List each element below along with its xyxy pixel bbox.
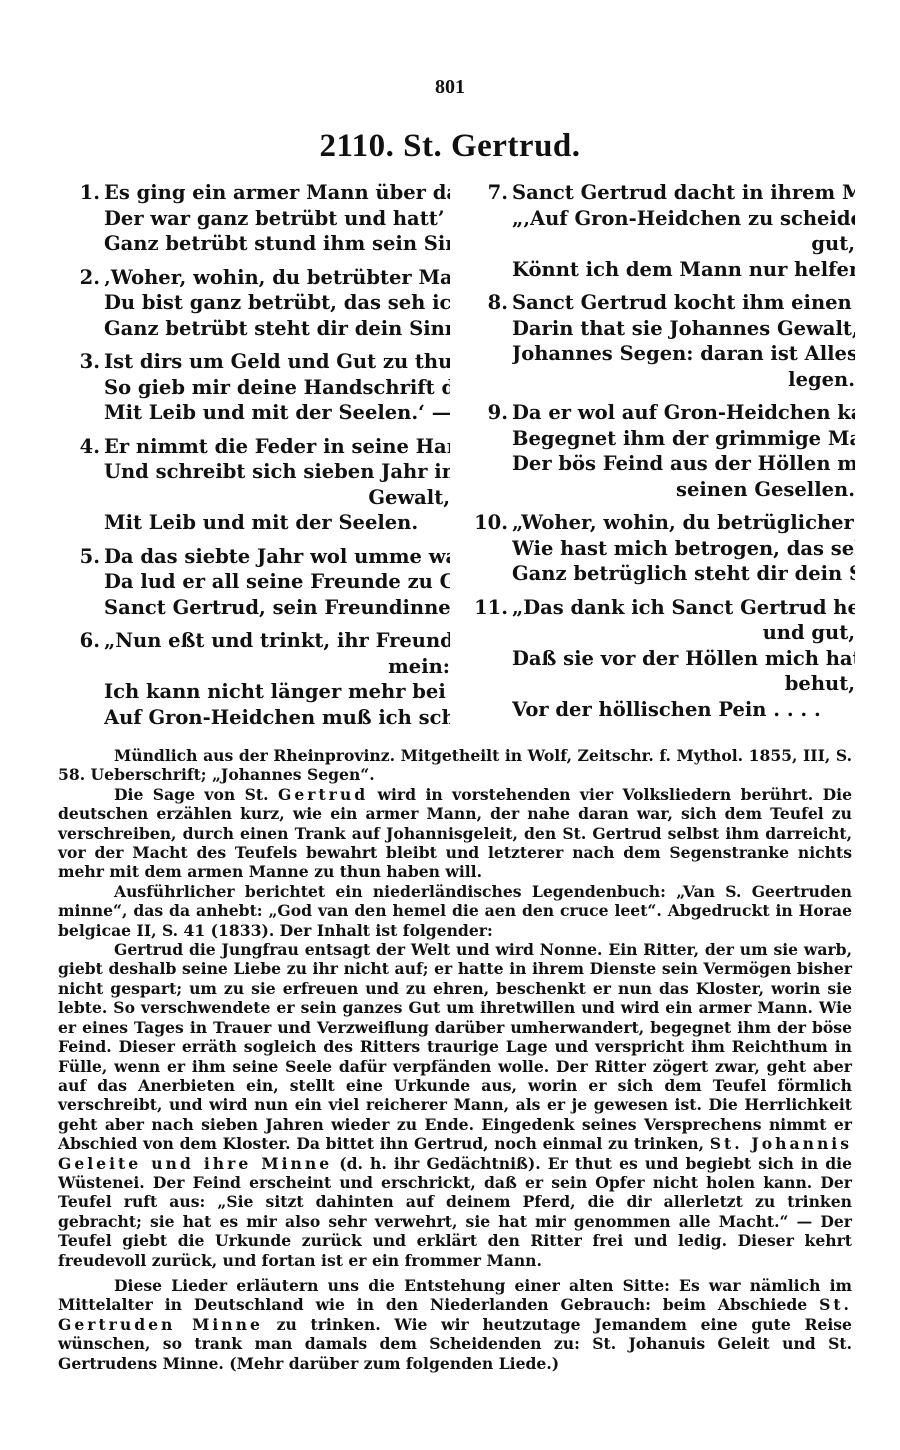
verse-line: Auf Gron-Heidchen muß ich scheiden.“ xyxy=(70,705,450,731)
verse-line: 10.„Woher, wohin, du betrüglicher Mann? xyxy=(470,510,855,536)
verse-text: „‚Auf Gron-Heidchen zu scheiden ist nich… xyxy=(512,206,855,232)
verse-line: Daß sie vor der Höllen mich hat xyxy=(470,646,855,672)
verse-line: Ganz betrübt steht dir dein Sinne. xyxy=(70,316,450,342)
verse-line: behut, xyxy=(470,671,855,697)
verse-line: 9.Da er wol auf Gron-Heidchen kam, xyxy=(470,400,855,426)
commentary-source-paragraph: Mündlich aus der Rheinprovinz. Mitgethei… xyxy=(58,746,852,785)
verse-line: legen. xyxy=(470,367,855,393)
commentary: Mündlich aus der Rheinprovinz. Mitgethei… xyxy=(58,746,852,1373)
verse-text: Der bös Feind aus der Höllen mit xyxy=(512,451,855,477)
stanza: 5.Da das siebte Jahr wol umme war,Da lud… xyxy=(70,544,450,621)
verse-line: Gewalt, xyxy=(70,485,450,511)
verse-line: Ich kann nicht länger mehr bei euch sein… xyxy=(70,679,450,705)
commentary-paragraph: Ausführlicher berichtet ein niederländis… xyxy=(58,882,852,940)
verse-line: Mit Leib und mit der Seelen.‘ — xyxy=(70,400,450,426)
verse-line: Der bös Feind aus der Höllen mit xyxy=(470,451,855,477)
stanza: 9.Da er wol auf Gron-Heidchen kam,Begegn… xyxy=(470,400,855,502)
stanza-number: 3. xyxy=(70,349,104,375)
text-span: Gertrud die Jungfrau entsagt der Welt un… xyxy=(58,940,852,1153)
verse-line: Darin that sie Johannes Gewalt, xyxy=(470,316,855,342)
verse-line: 1.Es ging ein armer Mann über das Feld: xyxy=(70,180,450,206)
stanza: 7.Sanct Gertrud dacht in ihrem Muth:„‚Au… xyxy=(470,180,855,282)
verse-text: Da lud er all seine Freunde zu Gast, xyxy=(104,569,450,595)
verse-text: Auf Gron-Heidchen muß ich scheiden.“ xyxy=(104,705,450,731)
stanza: 2.‚Woher, wohin, du betrübter Mann?Du bi… xyxy=(70,265,450,342)
verse-line: 2.‚Woher, wohin, du betrübter Mann? xyxy=(70,265,450,291)
commentary-paragraph: Die Sage von St. Gertrud wird in vorsteh… xyxy=(58,785,852,882)
verse-text: Da das siebte Jahr wol umme war, xyxy=(104,544,450,570)
verse-line: gut, xyxy=(470,231,855,257)
verse-line: Vor der höllischen Pein . . . . xyxy=(470,697,855,723)
verse-text: Ich kann nicht länger mehr bei euch sein… xyxy=(104,679,450,705)
verse-line: Der war ganz betrübt und hatt’ kein Geld… xyxy=(70,206,450,232)
verse-text: Ganz betrüglich steht dir dein Sinne.‘ xyxy=(512,561,855,587)
verse-line: Ganz betrübt stund ihm sein Sinne. xyxy=(70,231,450,257)
verse-text: Da er wol auf Gron-Heidchen kam, xyxy=(512,400,855,426)
verse-line: mein: xyxy=(70,654,450,680)
verse-line: und gut, xyxy=(470,620,855,646)
verse-text: Wie hast mich betrogen, das seh ich dir … xyxy=(512,536,855,562)
verse-text: Darin that sie Johannes Gewalt, xyxy=(512,316,855,342)
verse-text: mein: xyxy=(104,654,450,680)
verse-text: Sanct Gertrud dacht in ihrem Muth: xyxy=(512,180,855,206)
verse-line: Wie hast mich betrogen, das seh ich dir … xyxy=(470,536,855,562)
verse-line: seinen Gesellen. xyxy=(470,477,855,503)
text-span: Diese Lieder erläutern uns die Entstehun… xyxy=(58,1276,852,1314)
verse-line: Begegnet ihm der grimmige Mann, xyxy=(470,426,855,452)
text-span: Die Sage von St. xyxy=(114,785,278,804)
stanza-number: 11. xyxy=(470,595,512,621)
verse-text: Ganz betrübt stund ihm sein Sinne. xyxy=(104,231,450,257)
verse-line: 7.Sanct Gertrud dacht in ihrem Muth: xyxy=(470,180,855,206)
verse-text: Daß sie vor der Höllen mich hat xyxy=(512,646,855,672)
verse-line: Du bist ganz betrübt, das seh ich dir an… xyxy=(70,290,450,316)
verse-line: So gieb mir deine Handschrift darzu, xyxy=(70,375,450,401)
verse-line: Da lud er all seine Freunde zu Gast, xyxy=(70,569,450,595)
verse-text: Begegnet ihm der grimmige Mann, xyxy=(512,426,855,452)
verse-line: Johannes Segen: daran ist Alles ge- xyxy=(470,341,855,367)
verse-line: Mit Leib und mit der Seelen. xyxy=(70,510,450,536)
verse-text: Könnt ich dem Mann nur helfen!‘“ xyxy=(512,257,855,283)
verse-text: seinen Gesellen. xyxy=(512,477,855,503)
verse-text: ‚Woher, wohin, du betrübter Mann? xyxy=(104,265,450,291)
verse-text: „Das dank ich Sanct Gertrud hehr xyxy=(512,595,855,621)
verse-text: „Nun eßt und trinkt, ihr Freunde alle xyxy=(104,628,450,654)
verse-text: So gieb mir deine Handschrift darzu, xyxy=(104,375,450,401)
verse-text: behut, xyxy=(512,671,855,697)
stanza: 1.Es ging ein armer Mann über das Feld:D… xyxy=(70,180,450,257)
stanza-number: 8. xyxy=(470,290,512,316)
verse-line: Ganz betrüglich steht dir dein Sinne.‘ xyxy=(470,561,855,587)
stanza-number: 4. xyxy=(70,434,104,460)
verse-text: Sanct Gertrud kocht ihm einen Trank, xyxy=(512,290,855,316)
verse-text: Der war ganz betrübt und hatt’ kein Geld… xyxy=(104,206,450,232)
verse-text: Ist dirs um Geld und Gut zu thun, xyxy=(104,349,450,375)
stanza-number: 10. xyxy=(470,510,512,536)
verse-text: Gewalt, xyxy=(104,485,450,511)
stanza: 4.Er nimmt die Feder in seine HandUnd sc… xyxy=(70,434,450,536)
verse-text: Sanct Gertrud, sein Freundinne. xyxy=(104,595,450,621)
stanza: 10.„Woher, wohin, du betrüglicher Mann?W… xyxy=(470,510,855,587)
verse-text: „Woher, wohin, du betrüglicher Mann? xyxy=(512,510,855,536)
stanza-number: 6. xyxy=(70,628,104,654)
stanza: 8.Sanct Gertrud kocht ihm einen Trank,Da… xyxy=(470,290,855,392)
stanza: 11.„Das dank ich Sanct Gertrud hehrund g… xyxy=(470,595,855,723)
verse-text: Er nimmt die Feder in seine Hand xyxy=(104,434,450,460)
verse-line: 6.„Nun eßt und trinkt, ihr Freunde alle xyxy=(70,628,450,654)
stanza-number: 2. xyxy=(70,265,104,291)
verse-line: Könnt ich dem Mann nur helfen!‘“ xyxy=(470,257,855,283)
stanza-number: 5. xyxy=(70,544,104,570)
verse-line: 8.Sanct Gertrud kocht ihm einen Trank, xyxy=(470,290,855,316)
page-title: 2110. St. Gertrud. xyxy=(0,128,900,165)
verse-line: 3.Ist dirs um Geld und Gut zu thun, xyxy=(70,349,450,375)
verse-line: Sanct Gertrud, sein Freundinne. xyxy=(70,595,450,621)
verse-text: Und schreibt sich sieben Jahr in Teufels xyxy=(104,459,450,485)
verse-text: gut, xyxy=(512,231,855,257)
verse-line: Und schreibt sich sieben Jahr in Teufels xyxy=(70,459,450,485)
stanza: 6.„Nun eßt und trinkt, ihr Freunde allem… xyxy=(70,628,450,730)
verse-text: Du bist ganz betrübt, das seh ich dir an… xyxy=(104,290,450,316)
verse-text: Mit Leib und mit der Seelen. xyxy=(104,510,450,536)
verse-text: Mit Leib und mit der Seelen.‘ — xyxy=(104,400,450,426)
verse-line: 5.Da das siebte Jahr wol umme war, xyxy=(70,544,450,570)
page-number: 801 xyxy=(0,76,900,99)
poem-right-column: 7.Sanct Gertrud dacht in ihrem Muth:„‚Au… xyxy=(470,180,855,730)
verse-line: 4.Er nimmt die Feder in seine Hand xyxy=(70,434,450,460)
verse-text: und gut, xyxy=(512,620,855,646)
stanza-number: 9. xyxy=(470,400,512,426)
verse-text: Vor der höllischen Pein . . . . xyxy=(512,697,855,723)
verse-text: Johannes Segen: daran ist Alles ge- xyxy=(512,341,855,367)
verse-line: 11.„Das dank ich Sanct Gertrud hehr xyxy=(470,595,855,621)
verse-text: Es ging ein armer Mann über das Feld: xyxy=(104,180,450,206)
spaced-text: Gertrud xyxy=(278,785,368,804)
stanza-number: 1. xyxy=(70,180,104,206)
commentary-paragraph: Diese Lieder erläutern uns die Entstehun… xyxy=(58,1276,852,1373)
stanza-number: 7. xyxy=(470,180,512,206)
verse-line: „‚Auf Gron-Heidchen zu scheiden ist nich… xyxy=(470,206,855,232)
verse-text: legen. xyxy=(512,367,855,393)
commentary-summary-paragraph: Gertrud die Jungfrau entsagt der Welt un… xyxy=(58,940,852,1270)
stanza: 3.Ist dirs um Geld und Gut zu thun,So gi… xyxy=(70,349,450,426)
verse-text: Ganz betrübt steht dir dein Sinne. xyxy=(104,316,450,342)
poem-left-column: 1.Es ging ein armer Mann über das Feld:D… xyxy=(70,180,450,738)
